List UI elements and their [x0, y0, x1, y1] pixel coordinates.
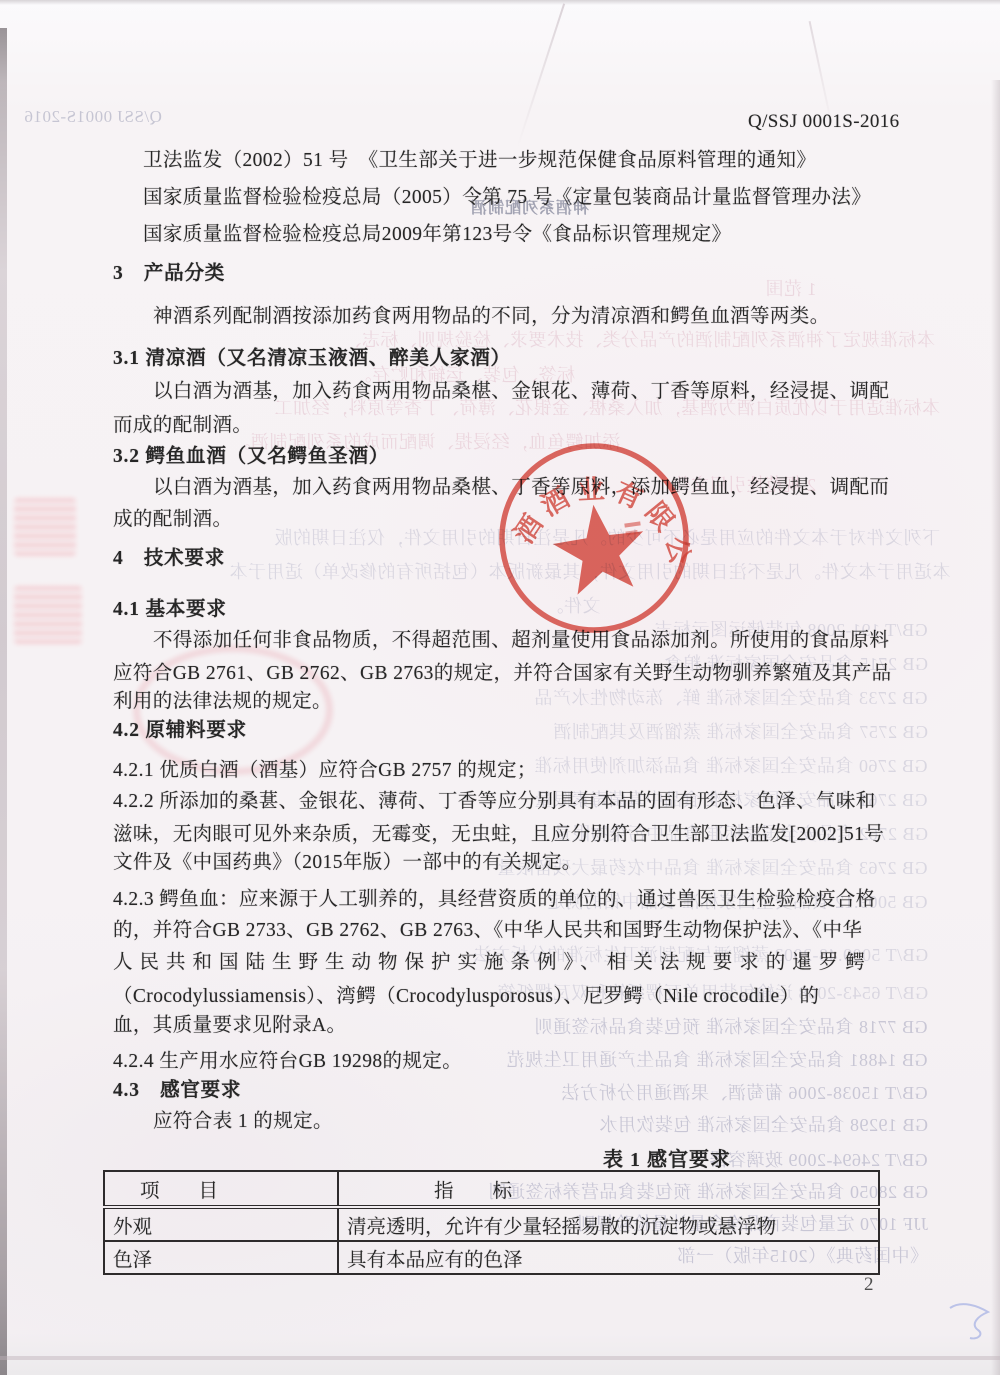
cell-spec: 具有本品应有的色泽 [338, 1241, 879, 1274]
text-line: 以白酒为酒基，加入药食两用物品桑椹、金银花、薄荷、丁香等原料，经浸提、调配 [153, 379, 889, 404]
bleedthrough-line: GB 2757 食品安全国家标准 蒸馏酒及其配制酒 [553, 721, 928, 743]
heading-line: 4.3 感官要求 [113, 1078, 241, 1103]
seal-inner-mark [624, 521, 640, 527]
heading-line: 4 技术要求 [113, 546, 225, 571]
bleedthrough-red-stamp-mark [14, 498, 76, 556]
text-line: 4.2.2 所添加的桑葚、金银花、薄荷、丁香等应分别具有本品的固有形态、色泽、气… [113, 789, 876, 814]
bleedthrough-line: GB 2733 食品安全国家标准 鲜、冻动物性水产品 [534, 687, 928, 709]
text-line: 国家质量监督检验检疫总局2009年第123号令《食品标识管理规定》 [143, 222, 731, 247]
text-line: 利用的法律法规的规定。 [113, 689, 332, 714]
table-row: 外观清亮透明，允许有少量轻摇易散的沉淀物或悬浮物 [104, 1207, 879, 1241]
heading-line: 3.1 清凉酒（又名清凉玉液酒、醉美人家酒） [113, 346, 511, 371]
heading-line: 3 产品分类 [113, 261, 225, 286]
company-seal-stamp: 酒酒业有限公司 [474, 418, 713, 657]
cell-item: 色泽 [104, 1241, 338, 1274]
text-line: 人民共和国陆生野生动物保护实施条例》、相关法规要求的暹罗鳄 [113, 950, 872, 975]
table-row: 色泽具有本品应有的色泽 [104, 1241, 879, 1274]
table-header-row: 项 目 指 标 [104, 1171, 879, 1207]
pen-squiggle-mark [948, 1298, 996, 1342]
text-line: 4.2.1 优质白酒（酒基）应符合GB 2757 的规定； [113, 758, 537, 783]
paper-edge-bottom [0, 1356, 1000, 1360]
paper-edge-top [0, 0, 1000, 5]
text-line: 卫法监发（2002）51 号 《卫生部关于进一步规范保健食品原料管理的通知》 [143, 148, 816, 173]
paper-edge-right [991, 80, 1000, 1375]
column-header-item: 项 目 [104, 1171, 338, 1207]
text-line: 的，并符合GB 2733、GB 2762、GB 2763、《中华人民共和国野生动… [113, 918, 862, 943]
cell-spec: 清亮透明，允许有少量轻摇易散的沉淀物或悬浮物 [338, 1207, 879, 1241]
paper-crease [517, 3, 565, 146]
scanned-document-page: Q/SSJ 0001S-2016 神酒系列配制酒 1 范围本标准规定了神酒系列配… [0, 0, 1000, 1375]
text-line: 文件及《中国药典》（2015年版）一部中的有关规定。 [113, 850, 582, 875]
page-number: 2 [864, 1274, 874, 1296]
text-line: 应符合表 1 的规定。 [153, 1109, 333, 1134]
text-line: 国家质量监督检验检疫总局（2005）令第 75 号《定量包装商品计量监督管理办法… [143, 185, 871, 210]
text-line: 血，其质量要求见附录A。 [113, 1013, 346, 1038]
bleedthrough-line: GB 7718 食品安全国家标准 预包装食品标签通则 [534, 1016, 928, 1038]
sensory-requirements-table: 项 目 指 标 外观清亮透明，允许有少量轻摇易散的沉淀物或悬浮物色泽具有本品应有… [103, 1170, 880, 1275]
bleedthrough-line: GB 2760 食品安全国家标准 食品添加剂使用标准 [534, 755, 928, 777]
text-line: 而成的配制酒。 [113, 413, 252, 438]
heading-line: 3.2 鳄鱼血酒（又名鳄鱼圣酒） [113, 444, 389, 469]
document-code: Q/SSJ 0001S-2016 [748, 111, 900, 133]
text-line: 应符合GB 2761、GB 2762、GB 2763的规定，并符合国家有关野生动… [113, 661, 892, 686]
bleedthrough-line: 1 范围 [765, 278, 817, 300]
scan-edge-left [0, 28, 7, 1375]
heading-line: 4.2 原辅料要求 [113, 718, 247, 743]
text-line: 滋味，无肉眼可见外来杂质，无霉变，无虫蛀，且应分别符合卫生部卫法监发[2002]… [113, 822, 884, 847]
bleedthrough-doc-code: Q/SSJ 0001S-2016 [24, 106, 162, 128]
text-line: 4.2.3 鳄鱼血：应来源于人工驯养的，具经营资质的单位的、通过兽医卫生检验检疫… [113, 887, 876, 912]
text-line: 成的配制酒。 [113, 507, 232, 532]
text-line: 4.2.4 生产用水应符台GB 19298的规定。 [113, 1049, 462, 1074]
bleedthrough-line: GB 14881 食品安全国家标准 食品生产通用卫生规范 [506, 1049, 928, 1071]
table-caption: 表 1 感官要求 [603, 1143, 731, 1172]
text-line: 神酒系列配制酒按添加药食两用物品的不同，分为清凉酒和鳄鱼血酒等两类。 [153, 304, 830, 329]
bleedthrough-red-stamp-mark [14, 586, 82, 644]
bleedthrough-line: GB/T 15038-2006 葡萄酒、果酒通用分析方法 [561, 1082, 928, 1104]
bleedthrough-line: GB 19298 食品安全国家标准 包装饮用水 [599, 1114, 928, 1136]
column-header-spec: 指 标 [338, 1171, 879, 1207]
heading-line: 4.1 基本要求 [113, 597, 227, 622]
bleedthrough-line: GB/T 24694-2009 玻璃容器 [709, 1149, 928, 1171]
cell-item: 外观 [104, 1207, 338, 1241]
text-line: （Crocodylussiamensis）、湾鳄（Crocodylusporos… [113, 984, 819, 1009]
